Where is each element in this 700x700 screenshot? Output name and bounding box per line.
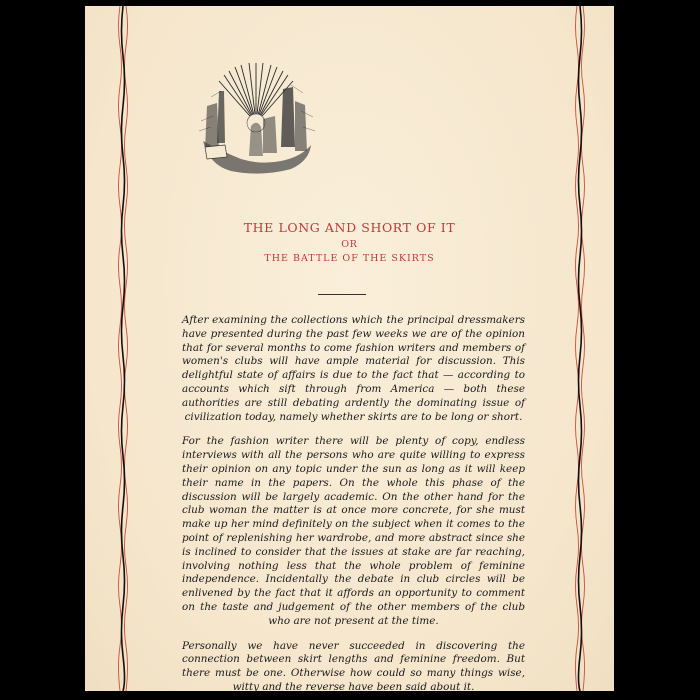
right-wavy-border <box>569 6 593 691</box>
paragraph-3: Personally we have never succeeded in di… <box>182 640 525 695</box>
left-wavy-border <box>111 6 135 691</box>
engraving-cityscape-sunburst-icon <box>191 61 321 176</box>
document-page: THE LONG AND SHORT OF IT OR THE BATTLE O… <box>85 6 614 691</box>
document-title: THE LONG AND SHORT OF IT <box>85 220 614 236</box>
paragraph-1: After examining the collections which th… <box>182 314 525 424</box>
title-connector: OR <box>85 237 614 252</box>
article-body: After examining the collections which th… <box>182 314 525 700</box>
document-subtitle: THE BATTLE OF THE SKIRTS <box>85 252 614 266</box>
paragraph-2: For the fashion writer there will be ple… <box>182 435 525 628</box>
title-block: THE LONG AND SHORT OF IT OR THE BATTLE O… <box>85 220 614 266</box>
title-divider <box>318 294 366 295</box>
